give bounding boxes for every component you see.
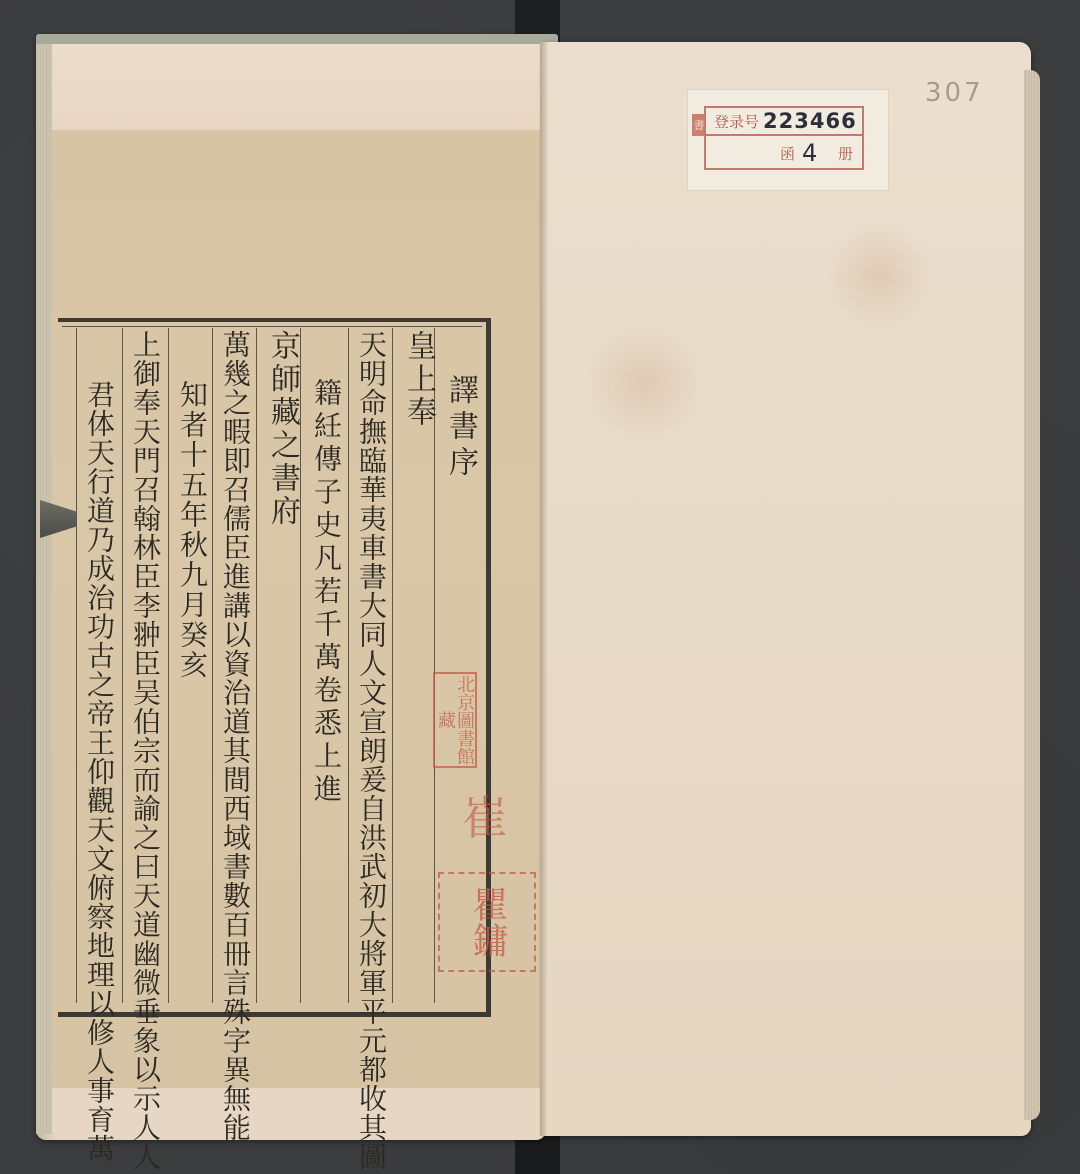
preface-title: 譯書序	[440, 374, 480, 482]
left-page-top-edge	[36, 34, 558, 44]
left-page-top-margin	[52, 44, 542, 132]
text-column-9: 君体天行道乃成治功古之帝王仰觀天文俯察地理以修人事育萬	[80, 380, 118, 1163]
text-column-8: 上御奉天門召翰林臣李翀臣吴伯宗而諭之曰天道幽微垂象以示人人	[126, 330, 164, 1171]
text-column-2: 皇上奉	[398, 330, 438, 429]
text-column-5: 京師藏之書府	[262, 330, 302, 528]
paper-stain	[584, 322, 704, 442]
column-rule	[76, 328, 77, 1003]
collector-seal-1: 崔	[462, 782, 508, 848]
text-column-3: 天明命撫臨華夷車書大同人文宣朗爰自洪武初大將軍平元都收其圖	[352, 330, 390, 1171]
volume-label: 册	[838, 143, 853, 164]
paper-stain	[824, 222, 934, 332]
registration-number-row: 登录号 223466	[706, 108, 862, 136]
volume-number: 4	[802, 139, 817, 167]
case-label: 函	[780, 143, 795, 164]
registration-box: 登录号 223466 函 4 册	[704, 106, 864, 170]
column-rule	[212, 328, 213, 1003]
column-rule	[392, 328, 393, 1003]
column-rule	[434, 328, 435, 1003]
column-rule	[168, 328, 169, 1003]
right-page-leaf-edges	[1024, 70, 1040, 1120]
column-rule	[256, 328, 257, 1003]
collector-seal-2: 瞿鏞	[438, 872, 536, 972]
volume-row: 函 4 册	[706, 138, 862, 168]
text-column-6: 萬幾之暇即召儒臣進講以資治道其間西域書數百冊言殊字異無能	[216, 330, 254, 1142]
registration-prefix: 登录号	[714, 111, 759, 132]
text-column-7: 知者十五年秋九月癸亥	[172, 380, 212, 680]
pencil-shelf-mark: 307	[925, 78, 984, 108]
registration-number: 223466	[763, 109, 857, 133]
column-rule	[348, 328, 349, 1003]
registration-label: 書 登录号 223466 函 4 册	[688, 90, 888, 190]
book-gutter	[540, 42, 548, 1136]
right-page-body	[544, 42, 1031, 1136]
library-seal: 北京圖書館藏	[433, 672, 477, 768]
text-column-4: 籍紝傳子史凡若千萬卷悉上進	[306, 378, 346, 807]
column-rule	[122, 328, 123, 1003]
text-frame-inner-line	[62, 326, 482, 327]
